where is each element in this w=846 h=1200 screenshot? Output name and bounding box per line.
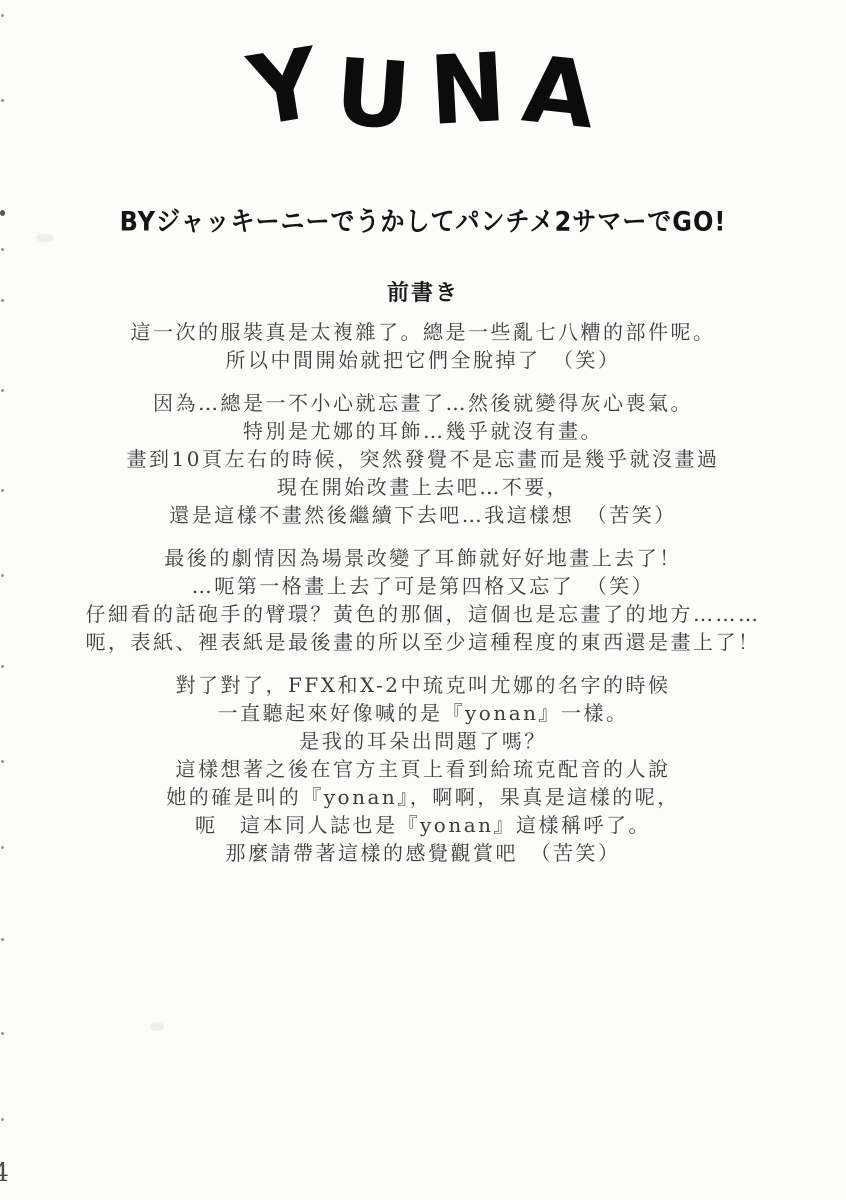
- title-letter-a: A: [518, 44, 598, 143]
- scan-speck: [1, 1118, 4, 1121]
- text-line: 呃 這本同人誌也是『yonan』這樣稱呼了。: [40, 811, 806, 839]
- text-line: 這樣想著之後在官方主頁上看到給琉克配音的人說: [40, 755, 806, 783]
- scan-smudge: [150, 1022, 164, 1031]
- text-line: 仔細看的話砲手的臂環？黃色的那個，這個也是忘畫了的地方………: [40, 600, 806, 628]
- page-title: YUNA: [0, 42, 846, 134]
- foreword-heading: 前書き: [0, 276, 846, 307]
- scan-speck: [1, 846, 4, 849]
- text-line: 這一次的服裝真是太複雜了。總是一些亂七八糟的部件呢。: [40, 318, 806, 346]
- text-line: 所以中間開始就把它們全脫掉了 （笑）: [40, 346, 806, 374]
- text-line: 那麼請帶著這樣的感覺觀賞吧 （苦笑）: [40, 839, 806, 867]
- paragraph-3: 最後的劇情因為場景改變了耳飾就好好地畫上去了！ …呃第一格畫上去了可是第四格又忘…: [40, 544, 806, 656]
- scanned-doujin-page: YUNA BYジャッキーニーでうかしてパンチメ2サマーでGO! 前書き 這一次的…: [0, 0, 846, 1200]
- scan-speck: [1, 1032, 4, 1035]
- title-letter-y: Y: [243, 35, 325, 141]
- paragraph-4: 對了對了，FFX和X-2中琉克叫尤娜的名字的時候 一直聽起來好像喊的是『yona…: [40, 671, 806, 867]
- scan-speck: [1, 938, 4, 941]
- scan-speck: [0, 210, 5, 216]
- page-number: 4: [0, 1158, 9, 1187]
- scan-speck: [1, 574, 4, 577]
- scan-speck: [1, 389, 4, 392]
- text-line: 還是這樣不畫然後繼續下去吧…我這樣想 （苦笑）: [40, 501, 806, 529]
- paragraph-1: 這一次的服裝真是太複雜了。總是一些亂七八糟的部件呢。 所以中間開始就把它們全脫掉…: [40, 318, 806, 374]
- paragraph-2: 因為…總是一不小心就忘畫了…然後就變得灰心喪氣。 特別是尤娜的耳飾…幾乎就沒有畫…: [40, 389, 806, 529]
- author-byline: BYジャッキーニーでうかしてパンチメ2サマーでGO!: [0, 199, 846, 238]
- text-line: 特別是尤娜的耳飾…幾乎就沒有畫。: [40, 417, 806, 445]
- text-line: 現在開始改畫上去吧…不要，: [40, 473, 806, 501]
- text-line: 是我的耳朵出問題了嗎？: [40, 727, 806, 755]
- scan-speck: [1, 14, 4, 17]
- text-line: 一直聽起來好像喊的是『yonan』一樣。: [40, 699, 806, 727]
- text-line: 對了對了，FFX和X-2中琉克叫尤娜的名字的時候: [40, 671, 806, 699]
- text-line: 最後的劇情因為場景改變了耳飾就好好地畫上去了！: [40, 544, 806, 572]
- scan-speck: [1, 489, 4, 492]
- scan-speck: [1, 299, 4, 302]
- title-letter-u: U: [332, 46, 413, 143]
- foreword-body: 這一次的服裝真是太複雜了。總是一些亂七八糟的部件呢。 所以中間開始就把它們全脫掉…: [40, 318, 806, 867]
- text-line: 因為…總是一不小心就忘畫了…然後就變得灰心喪氣。: [40, 389, 806, 417]
- scan-speck: [1, 248, 4, 251]
- scan-speck: [1, 665, 4, 668]
- text-line: …呃第一格畫上去了可是第四格又忘了 （笑）: [40, 572, 806, 600]
- scan-speck: [1, 99, 4, 102]
- title-letter-n: N: [427, 41, 507, 140]
- text-line: 呃，表紙、裡表紙是最後畫的所以至少這種程度的東西還是畫上了！: [40, 628, 806, 656]
- text-line: 她的確是叫的『yonan』，啊啊，果真是這樣的呢，: [40, 783, 806, 811]
- text-line: 畫到10頁左右的時候，突然發覺不是忘畫而是幾乎就沒畫過: [40, 445, 806, 473]
- scan-smudge: [36, 234, 54, 242]
- scan-speck: [1, 760, 4, 763]
